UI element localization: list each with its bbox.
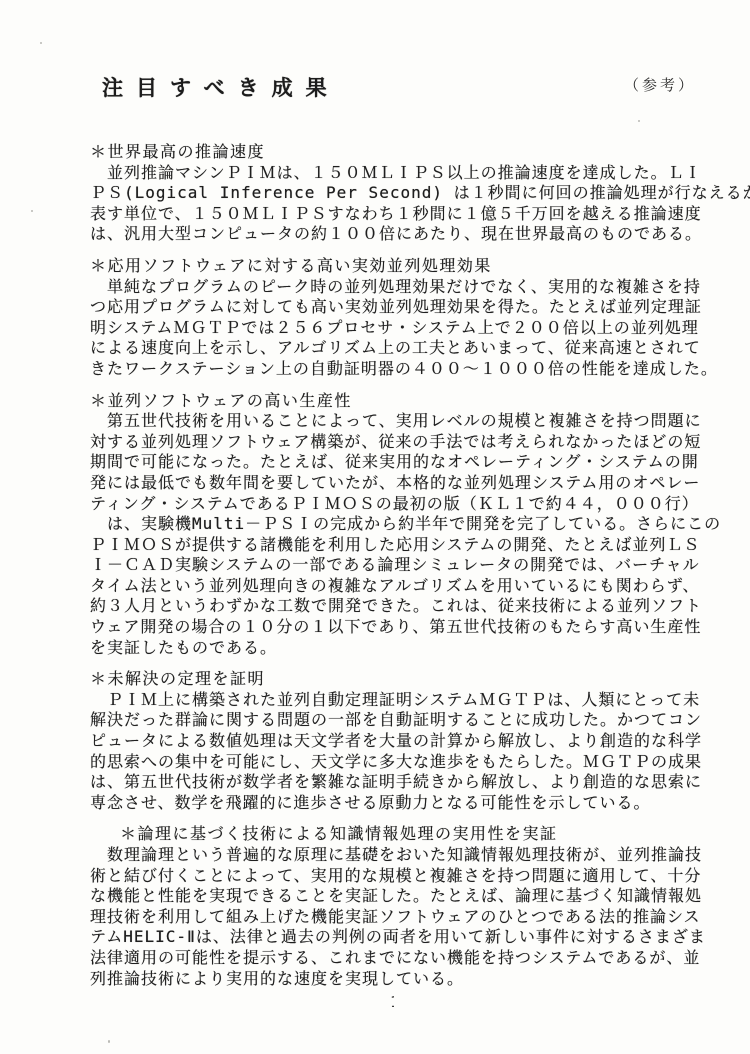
section-body-text: 単純なプログラムのピーク時の並列処理効果だけでなく、実用的な複雑さを持 つ応用プ…	[90, 277, 696, 380]
document-content: 注目すべき成果 （参考） ＊世界最高の推論速度 並列推論マシンＰＩＭは、１５０Ｍ…	[90, 72, 696, 1000]
reference-note: （参考）	[624, 74, 696, 95]
title-row: 注目すべき成果 （参考）	[90, 72, 696, 102]
section-heading: ＊応用ソフトウェアに対する高い実効並列処理効果	[90, 256, 696, 277]
section-heading: ＊論理に基づく技術による知識情報処理の実用性を実証	[90, 824, 696, 845]
section-heading: ＊並列ソフトウェアの高い生産性	[90, 391, 696, 412]
section-heading: ＊未解決の定理を証明	[90, 669, 696, 690]
section-parallel-effect: ＊応用ソフトウェアに対する高い実効並列処理効果 単純なプログラムのピーク時の並列…	[90, 256, 696, 380]
section-inference-speed: ＊世界最高の推論速度 並列推論マシンＰＩＭは、１５０ＭＬＩＰＳ以上の推論速度を達…	[90, 142, 696, 245]
section-unsolved-theorem: ＊未解決の定理を証明 ＰＩＭ上に構築された並列自動定理証明システムＭＧＴＰは、人…	[90, 669, 696, 813]
scan-speck	[31, 210, 33, 212]
scan-speck	[638, 120, 640, 122]
section-knowledge-processing: ＊論理に基づく技術による知識情報処理の実用性を実証 数理論理という普遍的な原理に…	[90, 824, 696, 989]
scan-speck	[108, 1040, 110, 1043]
section-body-text: 並列推論マシンＰＩＭは、１５０ＭＬＩＰＳ以上の推論速度を達成した。ＬＩ ＰＳ(L…	[90, 163, 696, 245]
section-software-productivity: ＊並列ソフトウェアの高い生産性 第五世代技術を用いることによって、実用レベルの規…	[90, 391, 696, 659]
scanned-document-page: 注目すべき成果 （参考） ＊世界最高の推論速度 並列推論マシンＰＩＭは、１５０Ｍ…	[0, 0, 750, 1054]
section-body-text: ＰＩＭ上に構築された並列自動定理証明システムＭＧＴＰは、人類にとって未 解決だっ…	[90, 690, 696, 814]
page-number-mark: 1	[390, 993, 394, 1010]
page-title: 注目すべき成果	[102, 72, 340, 102]
section-body-text: 第五世代技術を用いることによって、実用レベルの規模と複雑さを持つ問題に 対する並…	[90, 411, 696, 658]
section-heading: ＊世界最高の推論速度	[90, 142, 696, 163]
scan-speck	[40, 42, 42, 44]
section-body-text: 数理論理という普遍的な原理に基礎をおいた知識情報処理技術が、並列推論技 術と結び…	[90, 845, 696, 989]
